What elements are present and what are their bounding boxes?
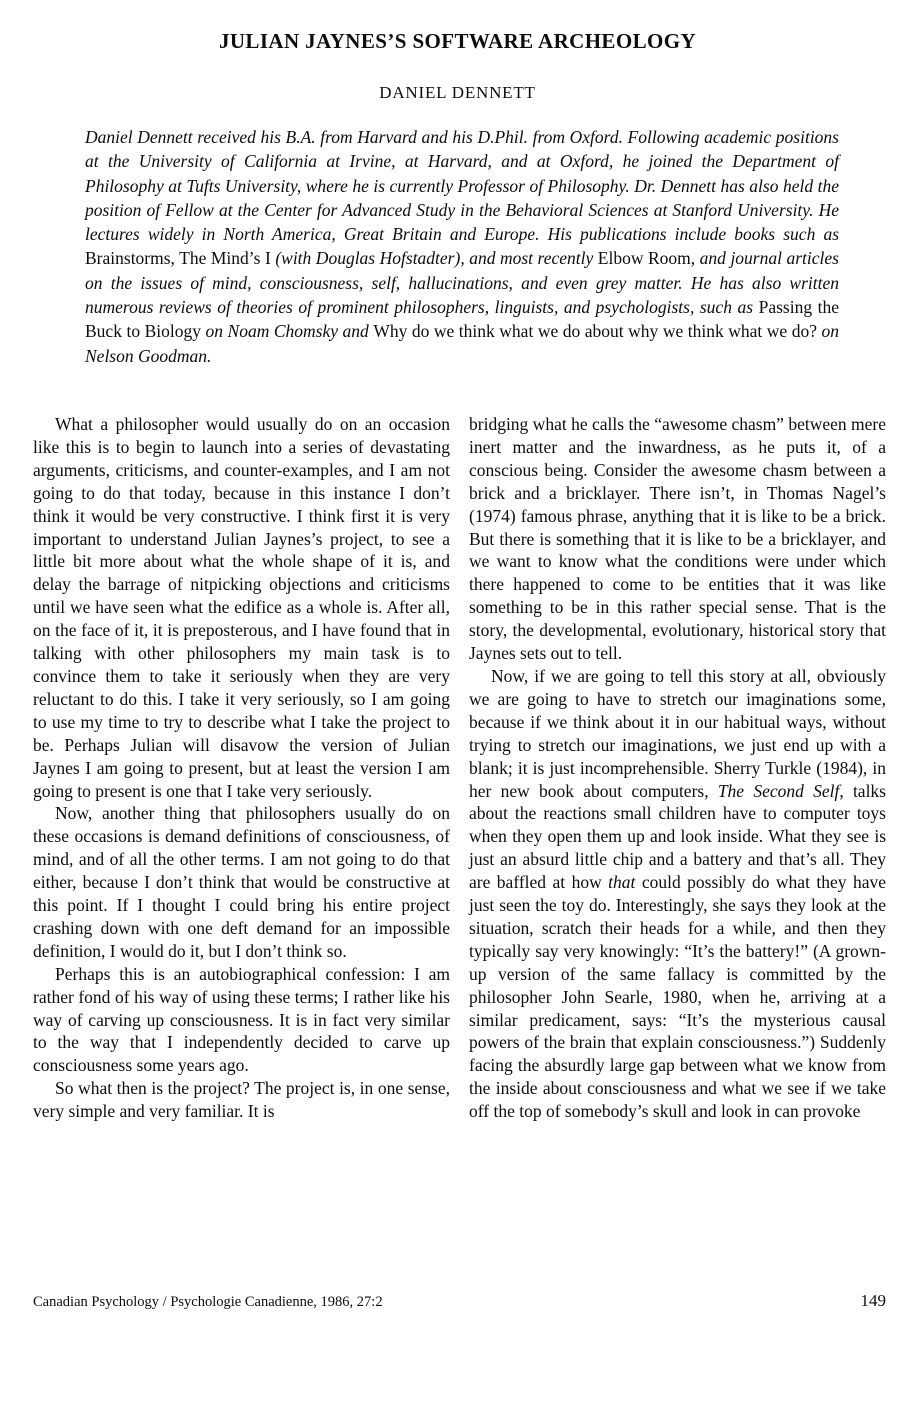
right-column: bridging what he calls the “awesome chas… [469, 413, 886, 1123]
text-segment: bridging what he calls the “awesome chas… [469, 414, 886, 663]
text-segment: could possibly do what they have just se… [469, 872, 886, 1121]
text-segment: Why do we think what we do about why we … [373, 321, 821, 341]
page-number: 149 [861, 1291, 887, 1311]
text-segment: Brainstorms, The Mind’s I [85, 248, 275, 268]
journal-citation: Canadian Psychology / Psychologie Canadi… [33, 1294, 383, 1311]
text-segment: Perhaps this is an autobiographical conf… [33, 964, 450, 1076]
paragraph: Now, another thing that philosophers usu… [33, 802, 450, 962]
text-segment: So what then is the project? The project… [33, 1078, 450, 1121]
article-title: JULIAN JAYNES’S SOFTWARE ARCHEOLOGY [0, 29, 915, 54]
author-name: DANIEL DENNETT [0, 83, 915, 103]
text-segment: The Second Self [718, 781, 840, 801]
paragraph: Now, if we are going to tell this story … [469, 665, 886, 1123]
left-column: What a philosopher would usually do on a… [33, 413, 450, 1123]
page-footer: Canadian Psychology / Psychologie Canadi… [33, 1291, 886, 1311]
text-segment: What a philosopher would usually do on a… [33, 414, 450, 801]
text-segment: Elbow Room, [598, 248, 700, 268]
text-segment: that [608, 872, 635, 892]
article-body: What a philosopher would usually do on a… [33, 413, 886, 1123]
text-segment: (with Douglas Hofstadter), and most rece… [275, 248, 597, 268]
paragraph: So what then is the project? The project… [33, 1077, 450, 1123]
paragraph: Perhaps this is an autobiographical conf… [33, 963, 450, 1078]
paragraph: What a philosopher would usually do on a… [33, 413, 450, 802]
text-segment: Now, another thing that philosophers usu… [33, 803, 450, 960]
author-bio: Daniel Dennett received his B.A. from Ha… [85, 125, 839, 368]
paragraph: bridging what he calls the “awesome chas… [469, 413, 886, 665]
journal-page: JULIAN JAYNES’S SOFTWARE ARCHEOLOGY DANI… [0, 0, 915, 1423]
text-segment: Daniel Dennett received his B.A. from Ha… [85, 127, 839, 244]
text-segment: on Noam Chomsky and [206, 321, 374, 341]
